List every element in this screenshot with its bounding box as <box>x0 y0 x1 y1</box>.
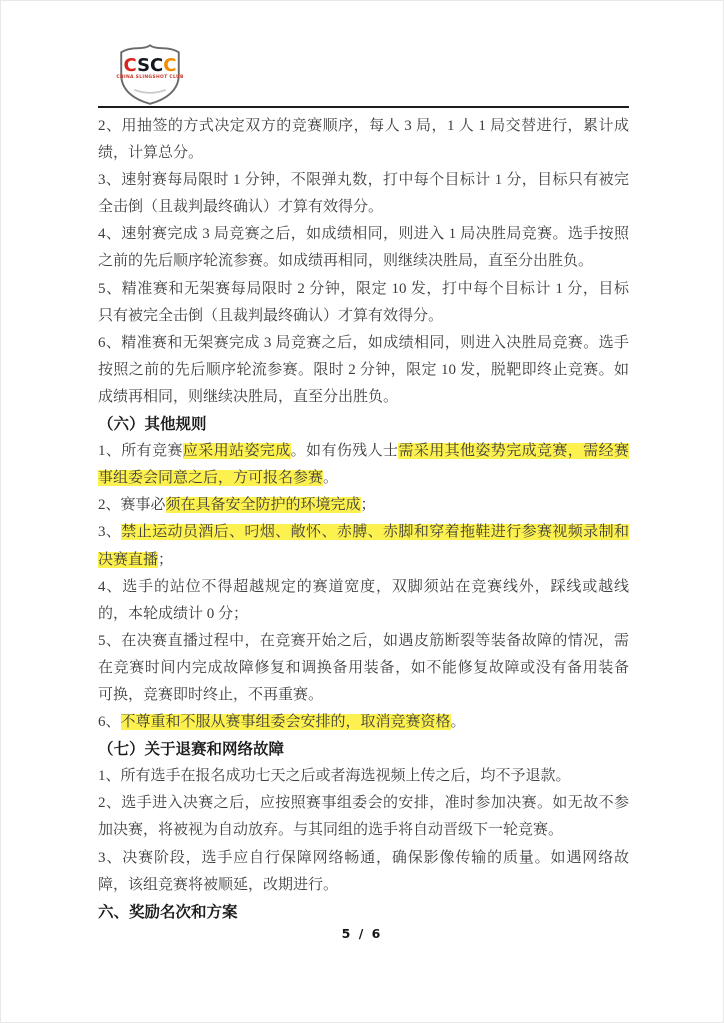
text-run: 6、精准赛和无架赛完成 3 局竞赛之后，如成绩相同，则进入决胜局竞赛。选手 <box>98 335 629 351</box>
text-run: 成绩再相同，则继续决胜局，直至分出胜负。 <box>98 389 398 405</box>
text-run: 。 <box>323 470 338 486</box>
header-divider <box>98 106 629 108</box>
text-run: 4、速射赛完成 3 局竞赛之后，如成绩相同，则进入 1 局决胜局竞赛。选手按照 <box>98 226 629 242</box>
logo-letter: S <box>137 55 150 76</box>
section-heading: （七）关于退赛和网络故障 <box>98 736 629 763</box>
text-run: ； <box>158 552 173 568</box>
logo-subtitle: CHINA SLINGSHOT CLUB <box>105 76 195 81</box>
text-run: 障，该组竞赛将被顺延，改期进行。 <box>98 877 338 893</box>
logo-acronym: CSCC <box>105 57 195 75</box>
text-run: 2、选手进入决赛之后，应按照赛事组委会的安排，准时参加决赛。如无故不参 <box>98 795 629 811</box>
text-run: 3、速射赛每局限时 1 分钟，不限弹丸数，打中每个目标计 1 分，目标只有被完 <box>98 172 629 188</box>
text-run: 绩，计算总分。 <box>98 145 203 161</box>
cscc-logo: CSCC CHINA SLINGSHOT CLUB <box>105 41 195 109</box>
text-line: 5、在决赛直播过程中，在竞赛开始之后，如遇皮筋断裂等装备故障的情况，需 <box>98 628 629 655</box>
text-run: 3、 <box>98 524 121 540</box>
highlighted-text: 禁止运动员酒后、叼烟、敞怀、赤膊、赤脚和穿着拖鞋进行参赛视频录制和 <box>121 524 629 540</box>
text-run: 5、精准赛和无架赛每局限时 2 分钟，限定 10 发，打中每个目标计 1 分，目… <box>98 281 629 297</box>
text-line: 3、速射赛每局限时 1 分钟，不限弹丸数，打中每个目标计 1 分，目标只有被完 <box>98 167 629 194</box>
text-line: 6、精准赛和无架赛完成 3 局竞赛之后，如成绩相同，则进入决胜局竞赛。选手 <box>98 330 629 357</box>
text-line: 只有被完全击倒（且裁判最终确认）才算有效得分。 <box>98 303 629 330</box>
highlighted-text: 应采用站姿完成 <box>183 443 291 459</box>
text-line: 1、所有选手在报名成功七天之后或者海选视频上传之后，均不予退款。 <box>98 763 629 790</box>
text-run: 按照之前的先后顺序轮流参赛。限时 2 分钟，限定 10 发，脱靶即终止竞赛。如 <box>98 362 629 378</box>
highlighted-text: 不尊重和不服从赛事组委会安排的，取消竞赛资格 <box>121 714 451 730</box>
text-line: 事组委会同意之后，方可报名参赛。 <box>98 465 629 492</box>
text-line: 1、所有竞赛应采用站姿完成。如有伤残人士需采用其他姿势完成竞赛，需经赛 <box>98 438 629 465</box>
text-run: 3、决赛阶段，选手应自行保障网络畅通，确保影像传输的质量。如遇网络故 <box>98 850 629 866</box>
text-run: 6、 <box>98 714 121 730</box>
text-run: 全击倒（且裁判最终确认）才算有效得分。 <box>98 199 383 215</box>
text-run: 1、所有选手在报名成功七天之后或者海选视频上传之后，均不予退款。 <box>98 768 571 784</box>
text-run: 1、所有竞赛 <box>98 443 183 459</box>
logo-text: CSCC CHINA SLINGSHOT CLUB <box>105 57 195 81</box>
text-line: 绩，计算总分。 <box>98 140 629 167</box>
text-run: 。 <box>451 714 466 730</box>
text-line: 4、速射赛完成 3 局竞赛之后，如成绩相同，则进入 1 局决胜局竞赛。选手按照 <box>98 221 629 248</box>
text-line: 在竞赛时间内完成故障修复和调换备用装备，如不能修复故障或没有备用装备 <box>98 655 629 682</box>
text-line: 加决赛，将被视为自动放弃。与其同组的选手将自动晋级下一轮竞赛。 <box>98 817 629 844</box>
text-run: 的，本轮成绩计 0 分； <box>98 606 248 622</box>
text-line: 按照之前的先后顺序轮流参赛。限时 2 分钟，限定 10 发，脱靶即终止竞赛。如 <box>98 357 629 384</box>
logo-letter: C <box>163 55 176 76</box>
document-page: CSCC CHINA SLINGSHOT CLUB 2、用抽签的方式决定双方的竞… <box>0 0 724 1023</box>
section-heading: （六）其他规则 <box>98 411 629 438</box>
text-line: 6、不尊重和不服从赛事组委会安排的，取消竞赛资格。 <box>98 709 629 736</box>
text-run: 5、在决赛直播过程中，在竞赛开始之后，如遇皮筋断裂等装备故障的情况，需 <box>98 633 629 649</box>
text-line: 2、用抽签的方式决定双方的竞赛顺序，每人 3 局，1 人 1 局交替进行，累计成 <box>98 113 629 140</box>
text-run: 在竞赛时间内完成故障修复和调换备用装备，如不能修复故障或没有备用装备 <box>98 660 629 676</box>
text-line: 决赛直播； <box>98 547 629 574</box>
text-line: 4、选手的站位不得超越规定的赛道宽度，双脚须站在竞赛线外，踩线或越线 <box>98 574 629 601</box>
highlighted-text: 决赛直播 <box>98 552 158 568</box>
page-number: 5 / 6 <box>1 926 723 941</box>
text-run: 之前的先后顺序轮流参赛。如成绩再相同，则继续决胜局，直至分出胜负。 <box>98 253 593 269</box>
logo-letter: C <box>124 55 138 76</box>
text-line: 成绩再相同，则继续决胜局，直至分出胜负。 <box>98 384 629 411</box>
section-heading: 六、奖励名次和方案 <box>98 899 629 926</box>
text-run: 只有被完全击倒（且裁判最终确认）才算有效得分。 <box>98 308 443 324</box>
text-line: 全击倒（且裁判最终确认）才算有效得分。 <box>98 194 629 221</box>
logo-letter: C <box>150 55 163 76</box>
text-line: 障，该组竞赛将被顺延，改期进行。 <box>98 872 629 899</box>
document-body: 2、用抽签的方式决定双方的竞赛顺序，每人 3 局，1 人 1 局交替进行，累计成… <box>98 113 629 926</box>
text-run: ； <box>361 497 376 513</box>
text-line: 之前的先后顺序轮流参赛。如成绩再相同，则继续决胜局，直至分出胜负。 <box>98 248 629 275</box>
text-run: 4、选手的站位不得超越规定的赛道宽度，双脚须站在竞赛线外，踩线或越线 <box>98 579 629 595</box>
text-run: 2、赛事必 <box>98 497 166 513</box>
text-run: （七）关于退赛和网络故障 <box>98 741 284 758</box>
text-run: 2、用抽签的方式决定双方的竞赛顺序，每人 3 局，1 人 1 局交替进行，累计成 <box>98 118 629 134</box>
text-line: 2、赛事必须在具备安全防护的环境完成； <box>98 492 629 519</box>
text-run: （六）其他规则 <box>98 416 207 433</box>
text-line: 5、精准赛和无架赛每局限时 2 分钟，限定 10 发，打中每个目标计 1 分，目… <box>98 276 629 303</box>
highlighted-text: 须在具备安全防护的环境完成 <box>166 497 361 513</box>
text-run: 。如有伤残人士 <box>291 443 399 459</box>
text-run: 六、奖励名次和方案 <box>98 904 238 921</box>
highlighted-text: 事组委会同意之后，方可报名参赛 <box>98 470 323 486</box>
text-run: 加决赛，将被视为自动放弃。与其同组的选手将自动晋级下一轮竞赛。 <box>98 822 563 838</box>
text-line: 2、选手进入决赛之后，应按照赛事组委会的安排，准时参加决赛。如无故不参 <box>98 790 629 817</box>
highlighted-text: 需采用其他姿势完成竞赛，需经赛 <box>398 443 629 459</box>
text-line: 3、决赛阶段，选手应自行保障网络畅通，确保影像传输的质量。如遇网络故 <box>98 845 629 872</box>
text-line: 可换，竞赛即时终止，不再重赛。 <box>98 682 629 709</box>
text-line: 3、禁止运动员酒后、叼烟、敞怀、赤膊、赤脚和穿着拖鞋进行参赛视频录制和 <box>98 519 629 546</box>
text-line: 的，本轮成绩计 0 分； <box>98 601 629 628</box>
text-run: 可换，竞赛即时终止，不再重赛。 <box>98 687 323 703</box>
